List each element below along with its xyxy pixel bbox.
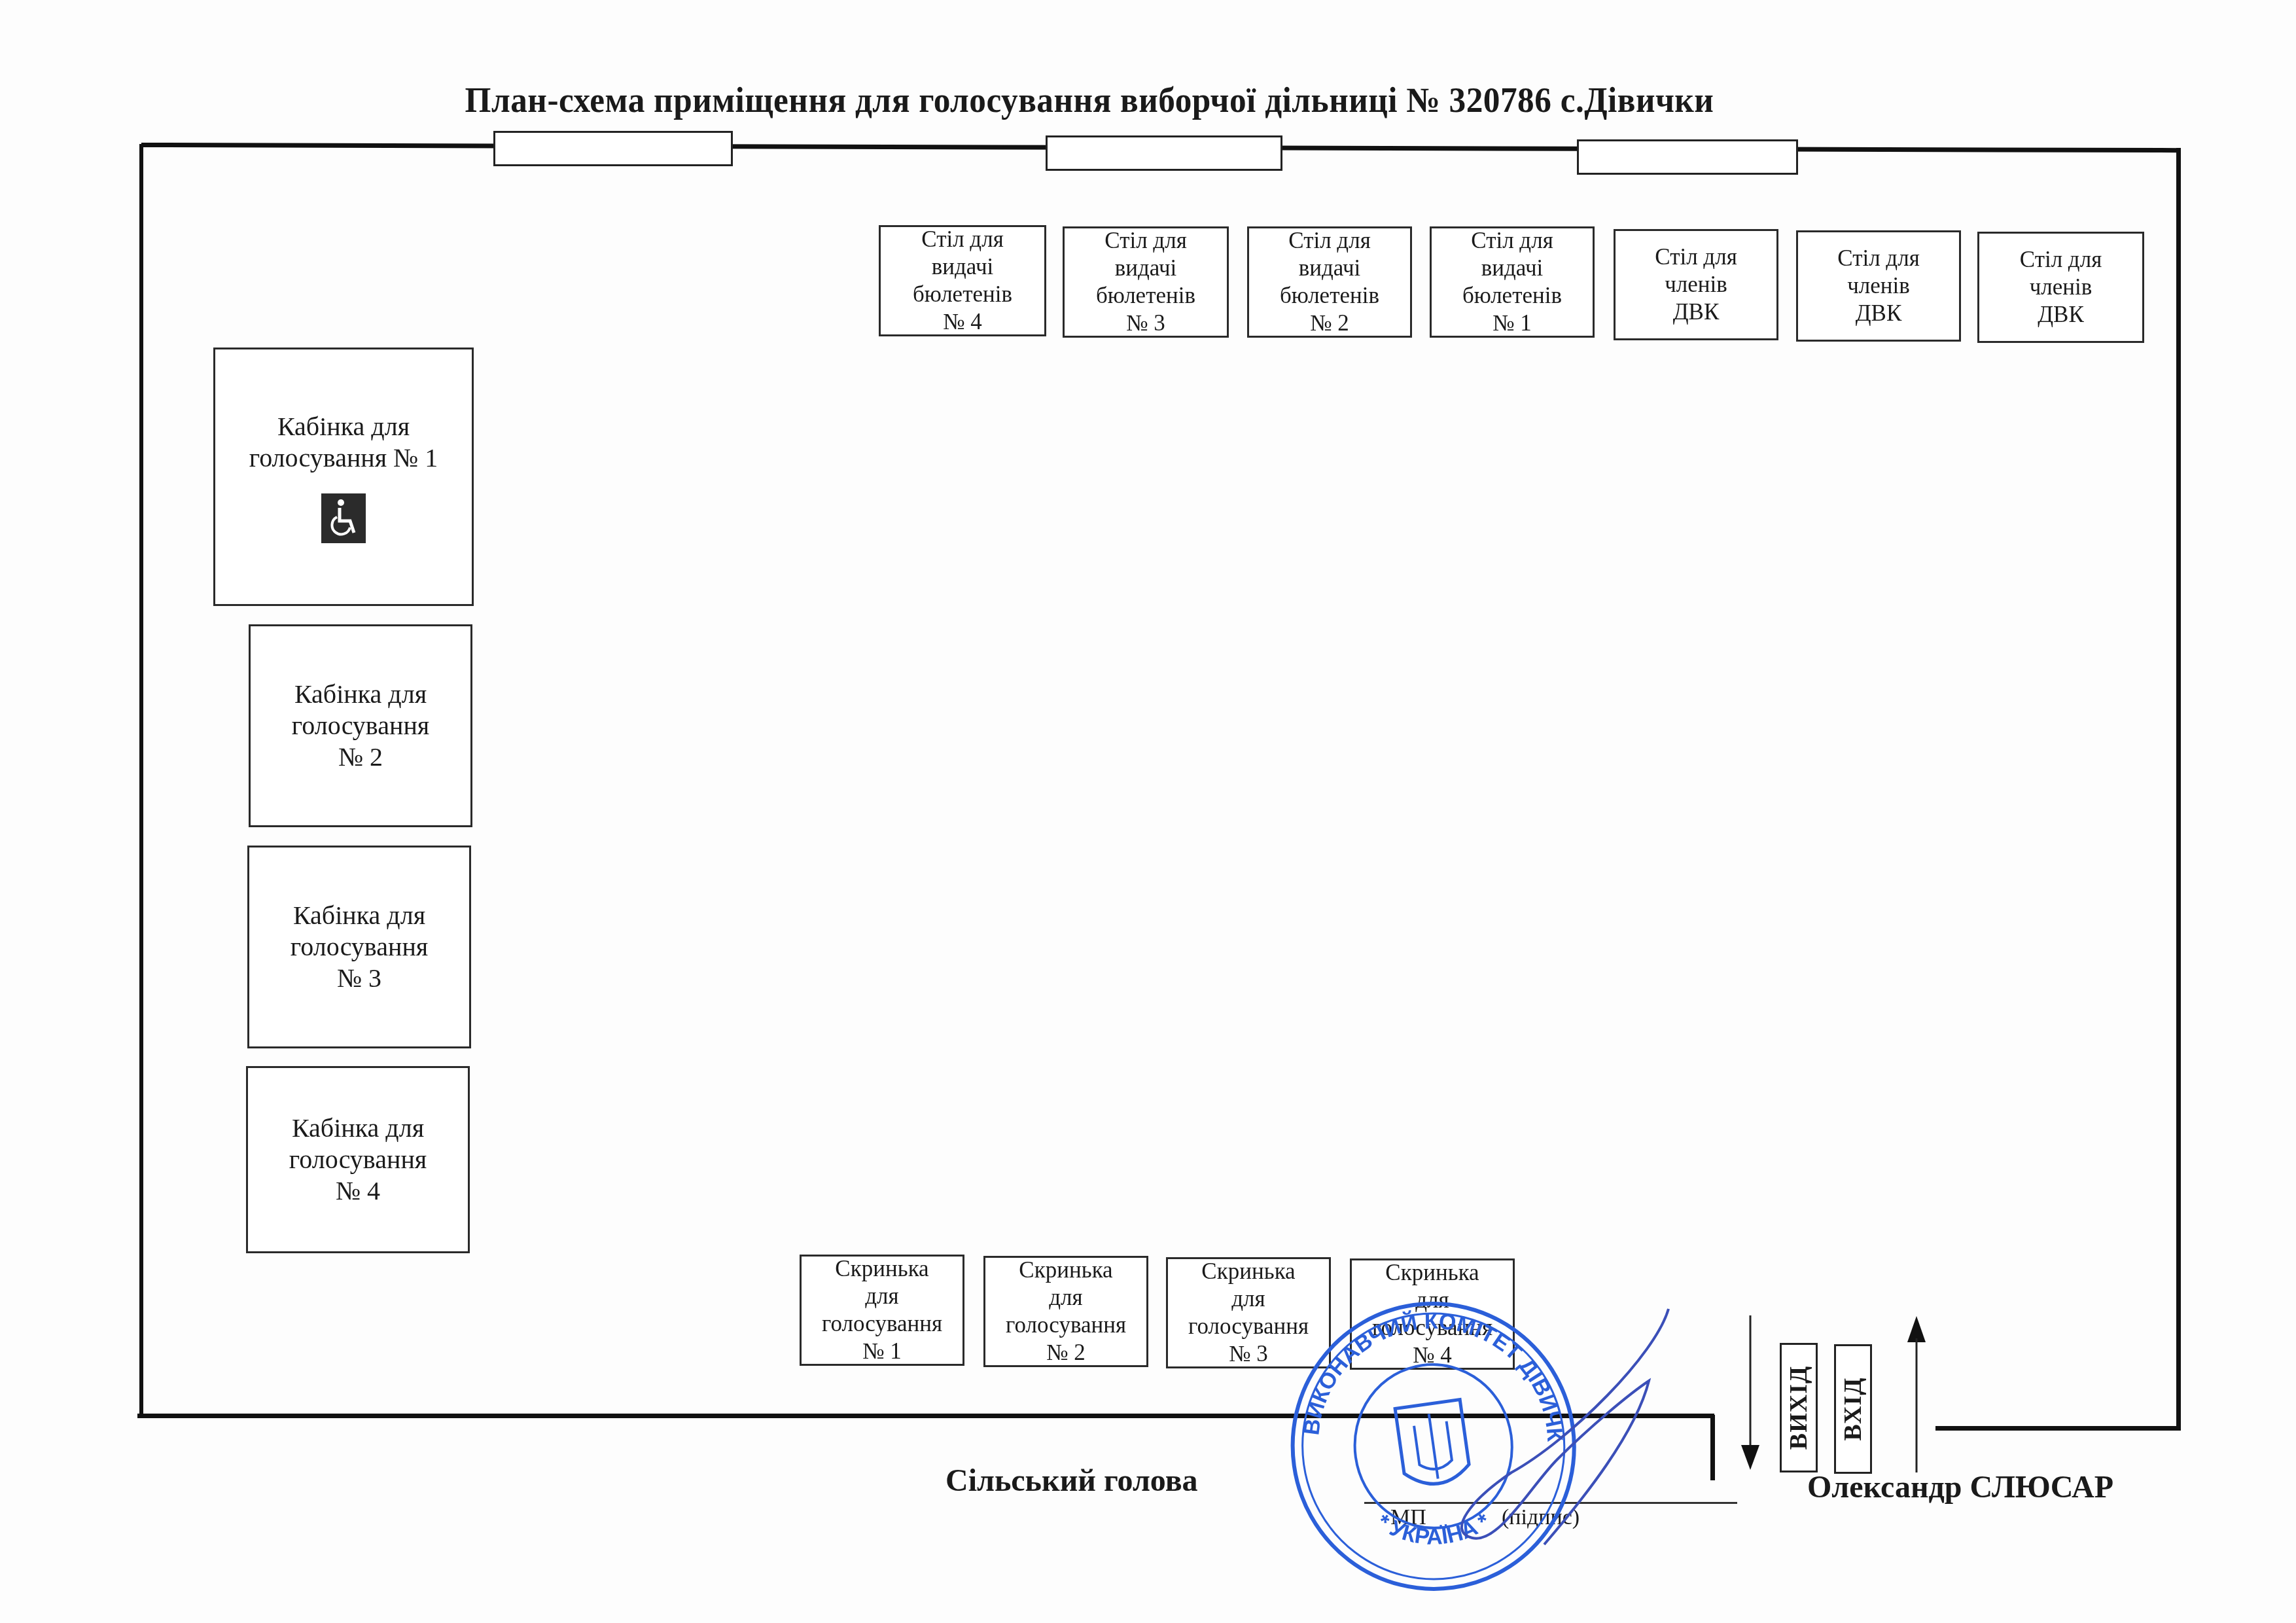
table-1-label: Стіл для [921,226,1004,253]
entrance-door: ВХІД [1834,1344,1872,1474]
table-2-label: бюлетенів [1096,282,1195,310]
table-5: Стіл длячленівДВК [1614,229,1778,340]
table-3-label: бюлетенів [1280,282,1379,310]
exit-door: ВИХІД [1780,1343,1818,1472]
ballot-box-2-label: № 2 [1046,1339,1086,1366]
table-3-label: видачі [1299,255,1361,282]
table-2-label: № 3 [1126,310,1165,337]
booth-3: Кабінка дляголосування№ 3 [247,846,471,1048]
table-7: Стіл длячленівДВК [1977,232,2144,343]
booth-2-label: Кабінка для [294,679,427,710]
entrance-arrow-icon [1903,1312,1930,1472]
ballot-box-2-label: Скринька [1019,1257,1112,1284]
table-7-label: Стіл для [2020,246,2102,274]
table-7-label: ДВК [2038,301,2084,329]
table-5-label: Стіл для [1655,243,1737,271]
ballot-box-2-label: голосування [1006,1311,1126,1339]
ballot-box-3-label: Скринька [1201,1258,1295,1285]
ballot-box-1-label: голосування [822,1310,942,1338]
wall-left [139,144,143,1417]
table-6-label: членів [1847,272,1910,300]
signatory-position: Сільський голова [945,1463,1198,1499]
page-title: План-схема приміщення для голосування ви… [452,80,1727,120]
table-6-label: Стіл для [1837,245,1920,272]
table-6: Стіл длячленівДВК [1796,230,1961,342]
booth-4-label: голосування [289,1144,427,1175]
table-5-label: ДВК [1673,298,1720,326]
table-1-label: бюлетенів [913,281,1012,308]
table-3-label: № 2 [1310,310,1349,337]
booth-2-label: голосування [292,710,429,741]
booth-4-label: Кабінка для [292,1113,424,1144]
wall-bottom-right [1935,1426,2180,1431]
table-4-label: Стіл для [1471,227,1553,255]
window-1 [493,131,733,166]
ballot-box-1-label: № 1 [862,1338,902,1365]
table-1-label: видачі [932,253,994,281]
signatory-name: Олександр СЛЮСАР [1807,1469,2113,1505]
ballot-box-2: Скринькадляголосування№ 2 [983,1256,1148,1367]
table-6-label: ДВК [1856,300,1902,327]
booth-1: Кабінка дляголосування № 1 [213,348,474,606]
ballot-box-3-label: № 3 [1229,1340,1268,1368]
window-2 [1046,135,1282,171]
ballot-box-3-label: для [1231,1285,1265,1313]
table-1-label: № 4 [943,308,982,336]
ballot-box-1-label: для [865,1283,898,1310]
table-4: Стіл длявидачібюлетенів№ 1 [1430,226,1595,338]
booth-3-label: голосування [291,931,428,963]
table-1: Стіл длявидачібюлетенів№ 4 [879,225,1046,336]
wall-right [2176,148,2181,1431]
wheelchair-accessible-icon [321,493,366,543]
ballot-box-1: Скринькадляголосування№ 1 [800,1255,964,1366]
booth-4: Кабінка дляголосування№ 4 [246,1066,470,1253]
table-4-label: № 1 [1492,310,1532,337]
table-3-label: Стіл для [1288,227,1371,255]
booth-1-label: голосування № 1 [249,442,438,474]
window-3 [1577,139,1798,175]
handwritten-signature-icon [1374,1302,1727,1551]
ballot-box-4-label: Скринька [1385,1259,1479,1287]
table-7-label: членів [2030,274,2093,301]
entrance-label: ВХІД [1839,1378,1867,1441]
ballot-box-2-label: для [1049,1284,1082,1311]
table-4-label: видачі [1481,255,1544,282]
booth-3-label: № 3 [337,963,381,994]
booth-1-label: Кабінка для [277,411,410,442]
ballot-box-1-label: Скринька [835,1255,928,1283]
table-2-label: Стіл для [1104,227,1187,255]
table-2: Стіл длявидачібюлетенів№ 3 [1063,226,1229,338]
booth-3-label: Кабінка для [293,900,425,931]
booth-2-label: № 2 [338,741,383,773]
exit-label: ВИХІД [1784,1366,1813,1450]
table-4-label: бюлетенів [1462,282,1562,310]
exit-arrow-icon [1737,1315,1763,1472]
table-5-label: членів [1665,271,1727,298]
table-3: Стіл длявидачібюлетенів№ 2 [1247,226,1412,338]
booth-2: Кабінка дляголосування№ 2 [249,624,472,827]
booth-4-label: № 4 [336,1175,380,1207]
table-2-label: видачі [1115,255,1177,282]
